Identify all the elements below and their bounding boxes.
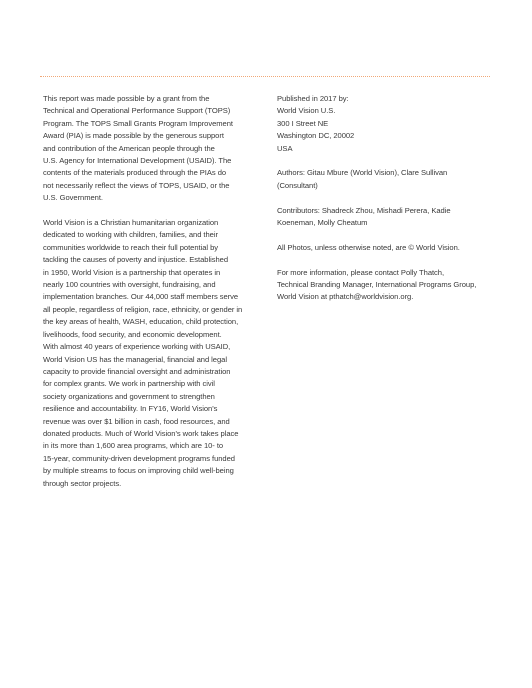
text-line: in 1950, World Vision is a partnership t… [43,267,265,279]
text-line: U.S. Government. [43,192,265,204]
dotted-divider [40,76,490,77]
text-line: For more information, please contact Pol… [277,267,502,279]
left-column: This report was made possible by a grant… [43,93,265,502]
photo-credit: All Photos, unless otherwise noted, are … [277,242,502,254]
organization-description-paragraph: World Vision is a Christian humanitarian… [43,217,265,490]
text-line: not necessarily reflect the views of TOP… [43,180,265,192]
text-line: dedicated to working with children, fami… [43,229,265,241]
text-line: by multiple streams to focus on improvin… [43,465,265,477]
authors: Authors: Gitau Mbure (World Vision), Cla… [277,167,502,192]
text-line: World Vision at pthatch@worldvision.org. [277,291,502,303]
text-line: society organizations and government to … [43,391,265,403]
text-line: With almost 40 years of experience worki… [43,341,265,353]
text-line: Contributors: Shadreck Zhou, Mishadi Per… [277,205,502,217]
text-line: Program. The TOPS Small Grants Program I… [43,118,265,130]
text-line: (Consultant) [277,180,502,192]
text-line: Washington DC, 20002 [277,130,502,142]
text-line: Technical and Operational Performance Su… [43,105,265,117]
text-line: Koeneman, Molly Cheatum [277,217,502,229]
text-line: nearly 100 countries with oversight, fun… [43,279,265,291]
right-column: Published in 2017 by: World Vision U.S. … [277,93,502,316]
text-line: 15-year, community-driven development pr… [43,453,265,465]
text-line: and contribution of the American people … [43,143,265,155]
text-line: tackling the causes of poverty and injus… [43,254,265,266]
text-line: resilience and accountability. In FY16, … [43,403,265,415]
text-line: communities worldwide to reach their ful… [43,242,265,254]
text-line: World Vision U.S. [277,105,502,117]
text-line: Award (PIA) is made possible by the gene… [43,130,265,142]
text-line: donated products. Much of World Vision's… [43,428,265,440]
text-line: through sector projects. [43,478,265,490]
text-line: the key areas of health, WASH, education… [43,316,265,328]
text-line: implementation branches. Our 44,000 staf… [43,291,265,303]
text-line: livelihoods, food security, and economic… [43,329,265,341]
text-line: contents of the materials produced throu… [43,167,265,179]
text-line: This report was made possible by a grant… [43,93,265,105]
contact-info: For more information, please contact Pol… [277,267,502,304]
publisher-address: Published in 2017 by: World Vision U.S. … [277,93,502,155]
text-line: U.S. Agency for International Developmen… [43,155,265,167]
text-line: in its more than 1,600 area programs, wh… [43,440,265,452]
text-line: revenue was over $1 billion in cash, foo… [43,416,265,428]
text-line: World Vision is a Christian humanitarian… [43,217,265,229]
text-line: USA [277,143,502,155]
text-line: all people, regardless of religion, race… [43,304,265,316]
contributors: Contributors: Shadreck Zhou, Mishadi Per… [277,205,502,230]
text-line: for complex grants. We work in partnersh… [43,378,265,390]
text-line: World Vision US has the managerial, fina… [43,354,265,366]
text-line: All Photos, unless otherwise noted, are … [277,242,502,254]
text-line: Technical Branding Manager, Internationa… [277,279,502,291]
text-line: Authors: Gitau Mbure (World Vision), Cla… [277,167,502,179]
text-line: Published in 2017 by: [277,93,502,105]
funding-disclaimer-paragraph: This report was made possible by a grant… [43,93,265,205]
text-line: capacity to provide financial oversight … [43,366,265,378]
text-line: 300 I Street NE [277,118,502,130]
